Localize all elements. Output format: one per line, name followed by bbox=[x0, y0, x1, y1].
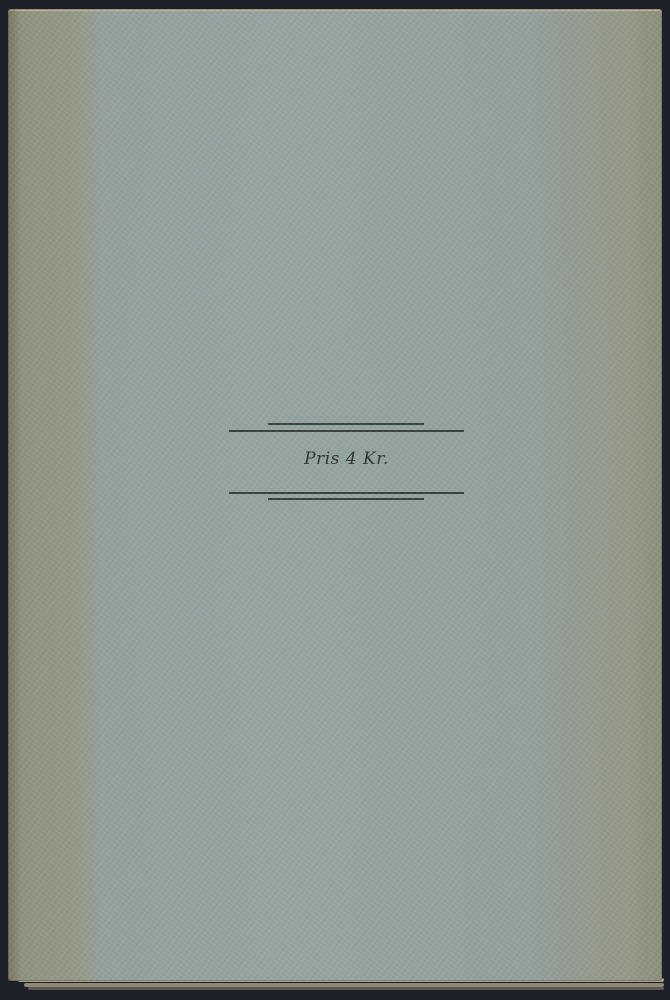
ornament-rule-top-long bbox=[229, 430, 464, 432]
photo-background: Pris 4 Kr. bbox=[0, 0, 670, 1000]
ornament-rule-bottom-long bbox=[229, 492, 464, 494]
page-edge bbox=[28, 987, 664, 990]
price-label: Pris 4 Kr. bbox=[229, 449, 464, 469]
spine-wear bbox=[8, 9, 22, 981]
book-back-cover: Pris 4 Kr. bbox=[8, 9, 662, 981]
ornament-rule-bottom-short bbox=[268, 498, 424, 500]
ornament-rule-top-short bbox=[268, 423, 424, 425]
